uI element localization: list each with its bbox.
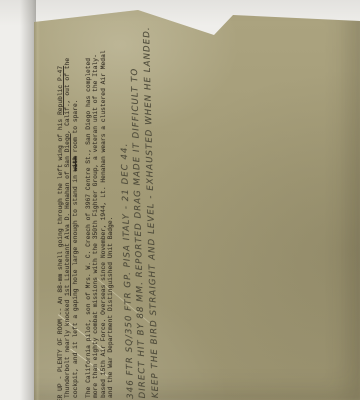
handwritten-note: 346 FTR SQ/350 FTR GP. PISA ITALY - 21 D… xyxy=(116,0,163,399)
caption-line-2: Thunderbolt nearly knocked 1st Lieutenan… xyxy=(64,0,71,398)
caption-line-6: based 15th Air Force. Overseas since Nov… xyxy=(100,0,107,398)
rotated-caption-area: 'ER UP - PLENTY OF ROOM -- An 88-mm shel… xyxy=(57,0,163,398)
caption-line-3: cockpit, and it left a gaping hole large… xyxy=(72,0,79,398)
photo-back-card: 'ER UP - PLENTY OF ROOM -- An 88-mm shel… xyxy=(0,0,360,400)
scanned-photo-back: 'ER UP - PLENTY OF ROOM -- An 88-mm shel… xyxy=(0,0,360,400)
card-left-edge xyxy=(34,20,40,400)
underlined-aircraft-name: Republic P-47 xyxy=(57,66,64,115)
scan-left-margin-shadow xyxy=(20,0,36,400)
overstruck-word: with xyxy=(72,156,79,171)
caption-clipped-word: 'ER xyxy=(57,395,64,400)
caption-line-7: and the War Department Distinguished Uni… xyxy=(107,0,114,398)
caption-line-4: The California pilot, son of Mrs. W. C. … xyxy=(85,0,92,398)
underlined-pilot-name: 1st Lieutenant Alva D. Henahan of San Di… xyxy=(64,133,71,296)
caption-line-5: more than eighty combat missions with th… xyxy=(92,0,99,398)
typed-caption: 'ER UP - PLENTY OF ROOM -- An 88-mm shel… xyxy=(57,0,114,398)
